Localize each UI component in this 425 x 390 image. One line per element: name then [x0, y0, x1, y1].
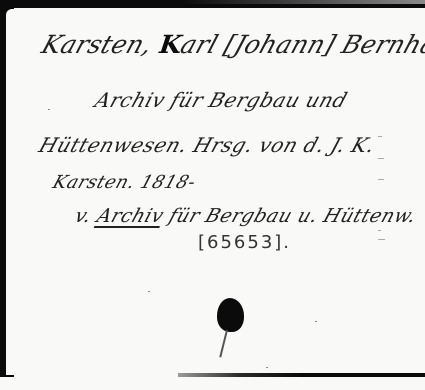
scanned-catalog-card: Karsten, Karl [Johann] Bernhard] [1782- …	[0, 0, 425, 390]
paper-speck	[315, 321, 317, 322]
title-line-3: Karsten. 1818-	[50, 172, 199, 193]
ink-blot-icon	[217, 298, 244, 332]
author-given-names-dates: arl [Johann] Bernhard] [1782-	[177, 30, 425, 59]
crossref-underlined-word: Archiv	[94, 205, 167, 227]
title-line-1: Archiv für Bergbau und	[92, 88, 351, 112]
scan-border-top-fade	[180, 0, 425, 4]
crossref-rest: für Bergbau u. Hüttenw.	[166, 205, 419, 227]
shelfmark-number: [65653].	[198, 232, 291, 253]
paper-speck	[148, 291, 150, 292]
paper-speck	[266, 367, 268, 368]
cross-reference: v. Archiv für Bergbau u. Hüttenw.	[72, 205, 419, 227]
heading-author: Karsten, Karl [Johann] Bernhard] [1782-	[38, 30, 425, 59]
scan-border-bottom	[178, 373, 425, 377]
margin-mark	[378, 239, 385, 240]
margin-mark	[378, 158, 384, 159]
title-line-2: Hüttenwesen. Hrsg. von d. J. K.	[36, 133, 378, 157]
paper-speck	[48, 109, 50, 110]
margin-mark	[378, 136, 382, 137]
margin-mark	[378, 230, 381, 231]
margin-mark	[378, 179, 384, 180]
author-surname: Karsten,	[38, 30, 156, 59]
